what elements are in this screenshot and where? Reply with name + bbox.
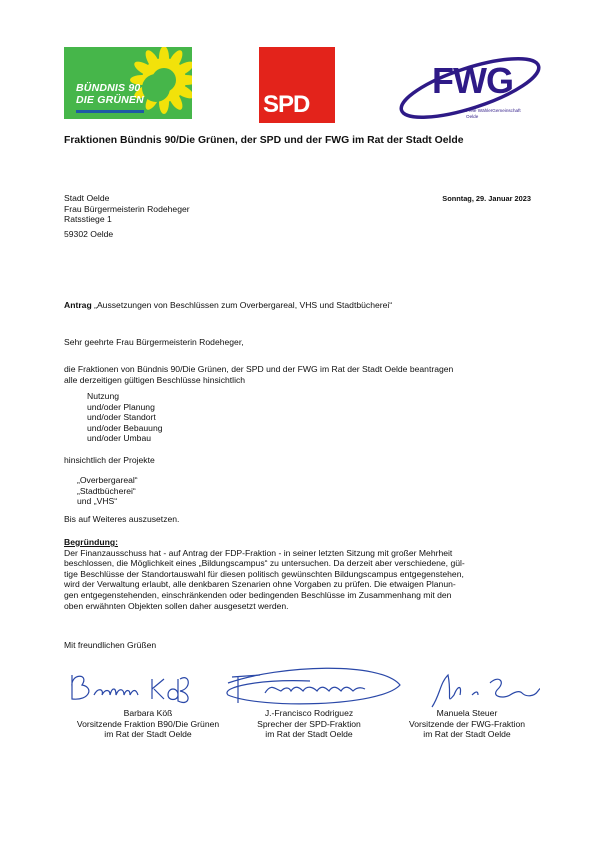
projects-list: „Overbergareal“ „Stadtbücherei“ und „VHS… [77, 475, 138, 507]
signer-role: Vorsitzende Fraktion B90/Die Grünen [64, 719, 232, 730]
document-title: Fraktionen Bündnis 90/Die Grünen, der SP… [64, 135, 464, 146]
logo-buendnis-gruene: BÜNDNIS 90 DIE GRÜNEN [64, 47, 192, 119]
list-item: „Stadtbücherei“ [77, 486, 138, 497]
address-line: Frau Bürgermeisterin Rodeheger [64, 204, 190, 215]
reasoning-line: beschlossen, die Möglichkeit eines „Bild… [64, 558, 465, 569]
list-item: und/oder Standort [87, 412, 163, 423]
subject-line: Antrag „Aussetzungen von Beschlüssen zum… [64, 300, 392, 311]
subject-text: „Aussetzungen von Beschlüssen zum Overbe… [92, 300, 392, 310]
signer-role: Vorsitzende der FWG-Fraktion [394, 719, 540, 730]
address-postal: 59302 Oelde [64, 229, 190, 240]
spd-logo-text: SPD [263, 91, 309, 119]
signature-block-spd: J.-Francisco Rodriguez Sprecher der SPD-… [234, 708, 384, 740]
signer-place: im Rat der Stadt Oelde [234, 729, 384, 740]
logo-spd: SPD [259, 47, 335, 123]
document-date: Sonntag, 29. Januar 2023 [442, 194, 531, 203]
list-item: und „VHS“ [77, 496, 138, 507]
list-item: und/oder Planung [87, 402, 163, 413]
logo-fwg: FWG Freie WählerGemeinschaft Oelde [392, 48, 542, 128]
conclusion: Bis auf Weiteres auszusetzen. [64, 514, 179, 525]
signer-name: Barbara Köß [64, 708, 232, 719]
salutation: Sehr geehrte Frau Bürgermeisterin Rodehe… [64, 337, 244, 348]
intro-line: die Fraktionen von Bündnis 90/Die Grünen… [64, 364, 453, 375]
reasoning-heading: Begründung: [64, 537, 465, 548]
intro-line: alle derzeitigen gültigen Beschlüsse hin… [64, 375, 453, 386]
signer-name: Manuela Steuer [394, 708, 540, 719]
fwg-subtitle-line2: Oelde [466, 114, 521, 120]
signer-role: Sprecher der SPD-Fraktion [234, 719, 384, 730]
items-list: Nutzung und/oder Planung und/oder Stando… [64, 391, 163, 444]
signature-block-fwg: Manuela Steuer Vorsitzende der FWG-Frakt… [394, 708, 540, 740]
signer-name: J.-Francisco Rodriguez [234, 708, 384, 719]
signer-place: im Rat der Stadt Oelde [64, 729, 232, 740]
intro-paragraph: die Fraktionen von Bündnis 90/Die Grünen… [64, 364, 453, 385]
list-item: Nutzung [87, 391, 163, 402]
gruene-logo-text: BÜNDNIS 90 DIE GRÜNEN [76, 82, 144, 106]
address-line: Stadt Oelde [64, 193, 190, 204]
fwg-logo-text: FWG [432, 60, 513, 102]
reasoning-line: oben erwähnten Objekten sollen daher aus… [64, 601, 465, 612]
reasoning-line: wird der Verwaltung erlaubt, alle denkba… [64, 579, 465, 590]
reasoning-line: Der Finanzausschuss hat - auf Antrag der… [64, 548, 465, 559]
address-line: Ratsstiege 1 [64, 214, 190, 225]
signer-place: im Rat der Stadt Oelde [394, 729, 540, 740]
gruene-underline-bar [76, 110, 144, 113]
fwg-subtitle-line1: Freie WählerGemeinschaft [466, 108, 521, 114]
projects-intro: hinsichtlich der Projekte [64, 455, 155, 466]
gruene-line2: DIE GRÜNEN [76, 94, 144, 106]
list-item: und/oder Umbau [87, 433, 163, 444]
fwg-subtitle: Freie WählerGemeinschaft Oelde [466, 108, 521, 119]
closing: Mit freundlichen Grüßen [64, 640, 156, 651]
reasoning-section: Begründung: Der Finanzausschuss hat - au… [64, 537, 465, 611]
recipient-address: Stadt Oelde Frau Bürgermeisterin Rodeheg… [64, 193, 190, 239]
list-item: und/oder Bebauung [87, 423, 163, 434]
reasoning-line: gen entgegenstehenden, einschränkenden o… [64, 590, 465, 601]
reasoning-line: tige Beschlüsse der Standortauswahl für … [64, 569, 465, 580]
subject-label: Antrag [64, 300, 92, 310]
list-item: „Overbergareal“ [77, 475, 138, 486]
signature-block-gruene: Barbara Köß Vorsitzende Fraktion B90/Die… [64, 708, 232, 740]
gruene-line1: BÜNDNIS 90 [76, 82, 144, 94]
